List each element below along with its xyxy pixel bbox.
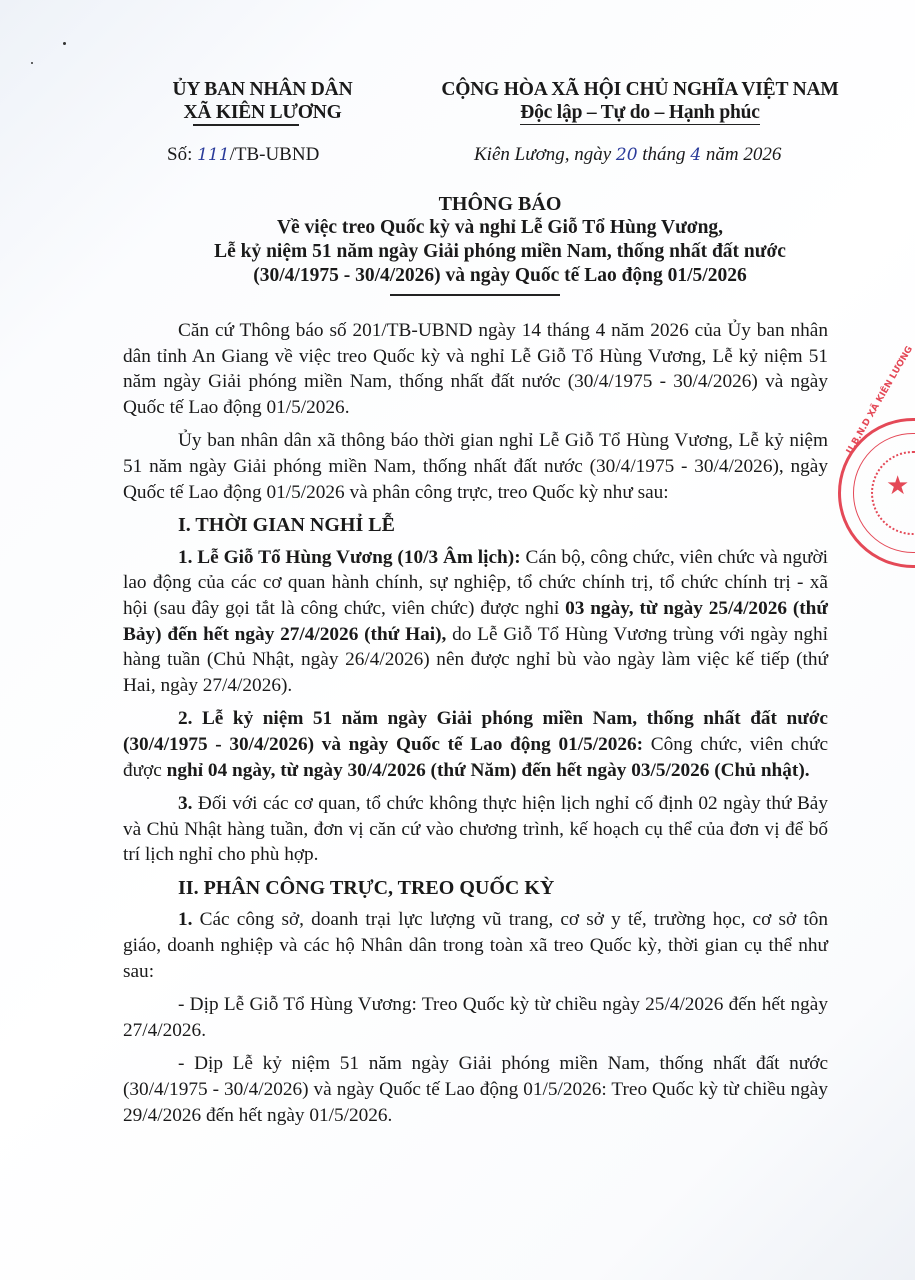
item-flag-hanging: 1. Các công sở, doanh trại lực lượng vũ … [123,907,828,984]
document-title: THÔNG BÁO Về việc treo Quốc kỳ và nghỉ L… [120,192,880,288]
title-main: THÔNG BÁO [120,192,880,216]
item-hung-vuong: 1. Lễ Giỗ Tổ Hùng Vương (10/3 Âm lịch): … [123,545,828,699]
national-header: CỘNG HÒA XÃ HỘI CHỦ NGHĨA VIỆT NAM Độc l… [405,78,875,124]
bullet-hung-vuong-flag: - Dịp Lễ Giỗ Tổ Hùng Vương: Treo Quốc kỳ… [123,992,828,1043]
document-body: Căn cứ Thông báo số 201/TB-UBND ngày 14 … [123,318,828,1136]
issuer-line2: XÃ KIÊN LƯƠNG [150,101,375,124]
item-liberation-day: 2. Lễ kỷ niệm 51 năm ngày Giải phóng miề… [123,706,828,783]
handwritten-number: 111 [197,145,229,165]
title-line2: Lễ kỷ niệm 51 năm ngày Giải phóng miền N… [120,240,880,264]
issuer-header: ỦY BAN NHÂN DÂN XÃ KIÊN LƯƠNG [150,78,375,124]
scan-speck [31,62,33,64]
bullet-liberation-flag: - Dịp Lễ kỷ niệm 51 năm ngày Giải phóng … [123,1051,828,1128]
issuer-underline [193,124,299,126]
paragraph-announcement: Ủy ban nhân dân xã thông báo thời gian n… [123,428,828,505]
item-other-agencies: 3. Đối với các cơ quan, tổ chức không th… [123,791,828,868]
section-heading-1: I. THỜI GIAN NGHỈ LỄ [123,513,828,539]
issuer-line1: ỦY BAN NHÂN DÂN [150,78,375,101]
title-line1: Về việc treo Quốc kỳ và nghỉ Lễ Giỗ Tổ H… [120,216,880,240]
national-motto: Độc lập – Tự do – Hạnh phúc [405,101,875,124]
title-underline [390,294,560,296]
document-number: Số: 111/TB-UBND [167,144,319,166]
title-line3: (30/4/1975 - 30/4/2026) và ngày Quốc tế … [120,264,880,288]
document-date: Kiên Lương, ngày 20 tháng 4 năm 2026 [474,144,781,166]
section-heading-2: II. PHÂN CÔNG TRỰC, TREO QUỐC KỲ [123,876,828,902]
issuer-name-underlined: KIÊN LƯƠNG [216,102,342,123]
star-emblem-icon: ★ [886,471,909,501]
scan-speck [63,42,66,45]
handwritten-month: 4 [690,145,701,165]
paragraph-basis: Căn cứ Thông báo số 201/TB-UBND ngày 14 … [123,318,828,420]
handwritten-day: 20 [616,145,638,165]
national-title: CỘNG HÒA XÃ HỘI CHỦ NGHĨA VIỆT NAM [405,78,875,101]
